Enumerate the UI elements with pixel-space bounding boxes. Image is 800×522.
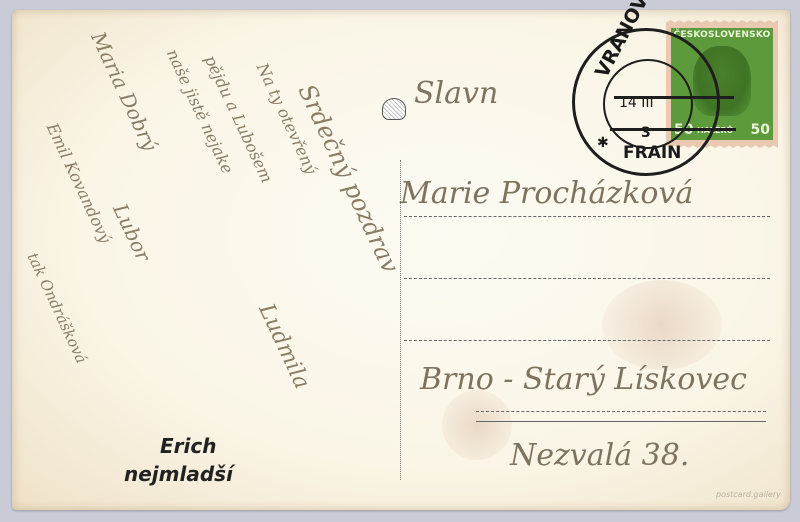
signature-subtitle: nejmladší [124,462,233,486]
postmark-star-icon: ✱ [597,135,609,151]
publisher-logo-icon [382,98,406,120]
address-line [404,278,770,279]
address-street: Nezvalá 38. [510,438,689,473]
cancel-bar [614,96,734,99]
cancel-bar [610,128,736,131]
address-line [404,340,770,341]
address-name: Marie Procházková [400,176,693,211]
postmark: VRANOV 14 III 3 ✱ FRAIN [572,28,720,176]
paper-stain [442,390,512,460]
stamp-value: 50 [751,122,770,138]
paper-stain [602,280,722,370]
signature-name: Erich [160,434,216,458]
address-city: Brno - Starý Lískovec [420,362,747,397]
address-line [476,421,766,422]
watermark: postcard.gallery [716,490,781,499]
stamp-country: ČESKOSLOVENSKO [671,30,773,40]
postmark-town-german: FRAIN [623,143,681,163]
address-line [404,216,770,217]
address-line [476,411,766,412]
address-salutation: Slavn [414,76,498,111]
